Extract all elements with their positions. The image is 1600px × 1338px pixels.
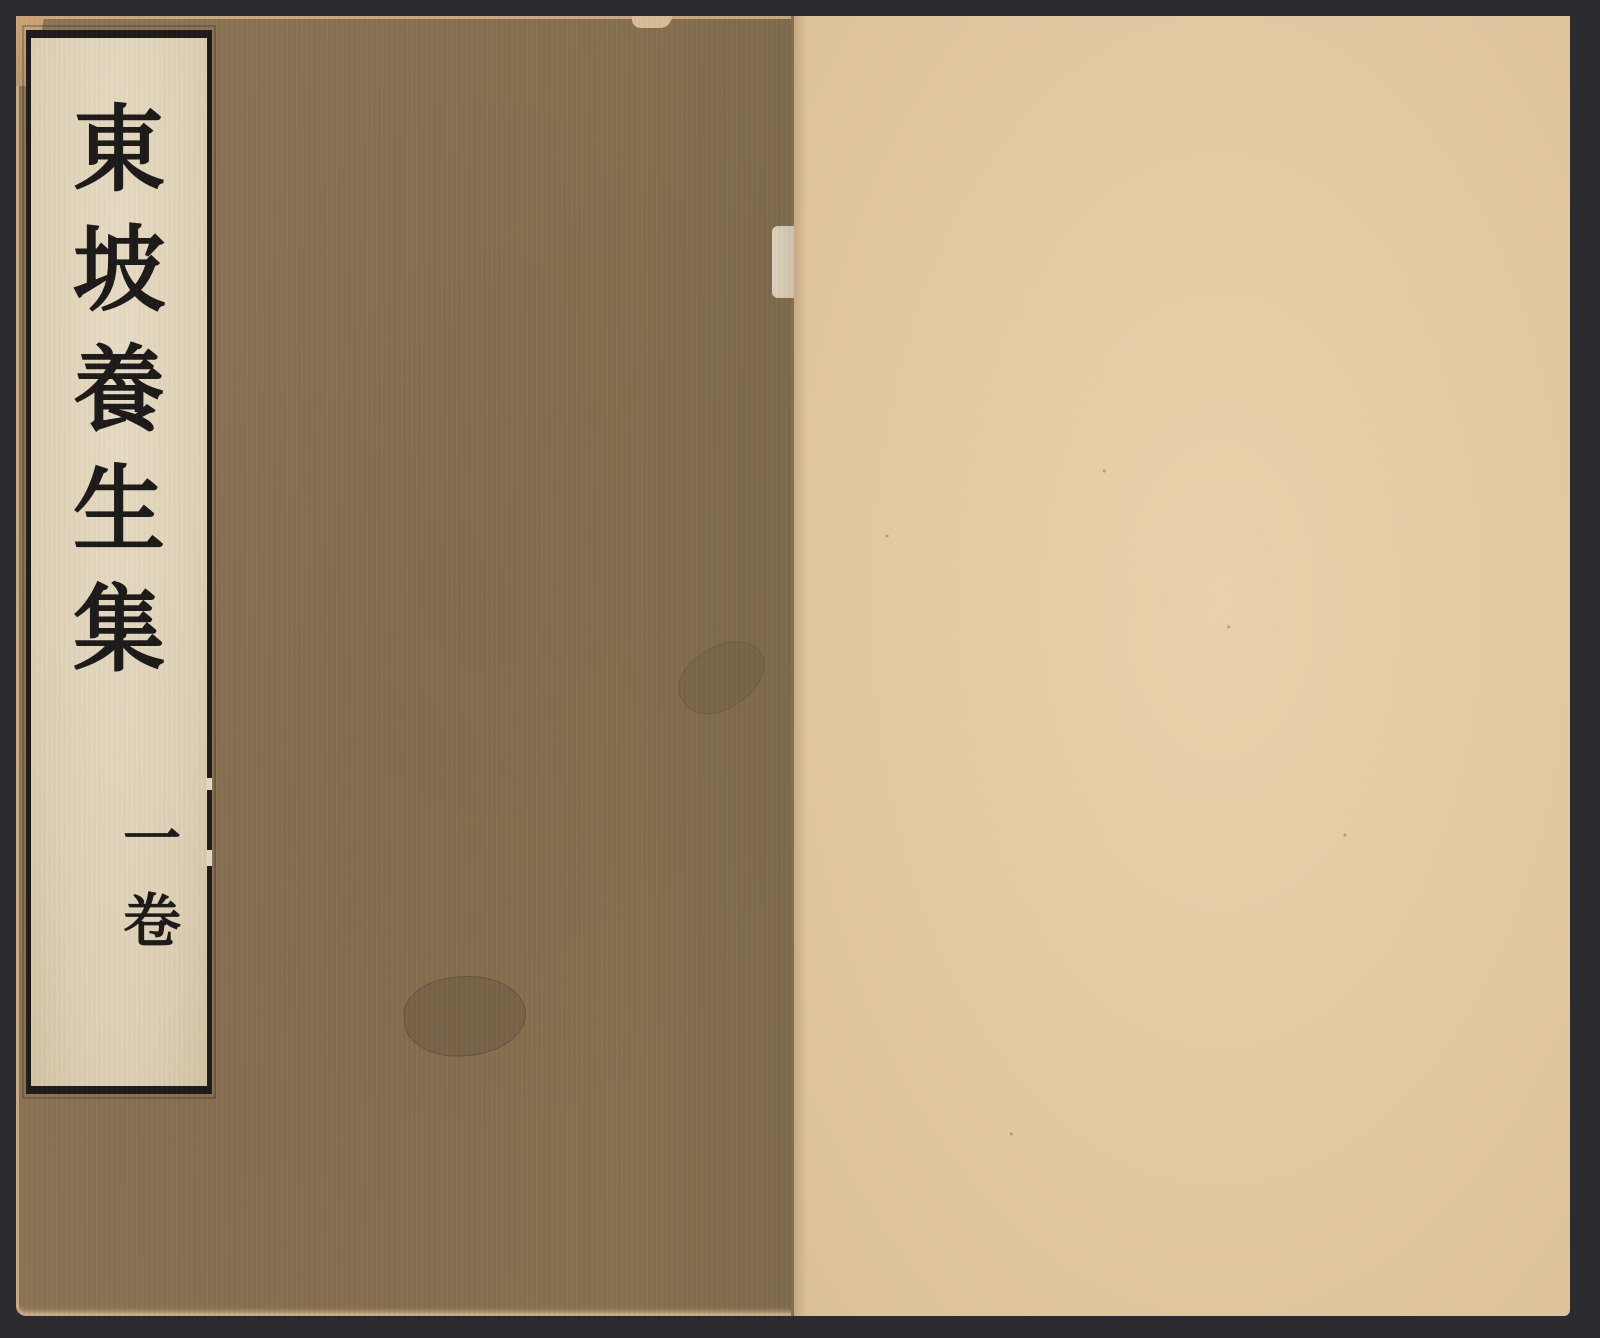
title-slip: 東 坡 養 生 集 一 卷 bbox=[26, 30, 212, 1094]
title-char: 生 bbox=[55, 458, 182, 562]
slip-border-gap bbox=[207, 778, 212, 790]
title-char: 集 bbox=[55, 578, 182, 682]
water-stain bbox=[400, 970, 530, 1062]
gutter-shadow bbox=[794, 16, 808, 1316]
blank-facing-page bbox=[794, 16, 1570, 1316]
book-title: 東 坡 養 生 集 bbox=[31, 98, 207, 682]
volume-char: 一 bbox=[123, 808, 181, 870]
slip-border-gap bbox=[207, 850, 212, 866]
volume-char: 卷 bbox=[123, 890, 181, 952]
title-char: 坡 bbox=[55, 218, 182, 322]
book-scan: 東 坡 養 生 集 一 卷 bbox=[0, 0, 1600, 1338]
book-cover: 東 坡 養 生 集 一 卷 bbox=[16, 16, 794, 1316]
water-stain bbox=[667, 625, 778, 729]
title-char: 養 bbox=[55, 338, 182, 442]
volume-label: 一 卷 bbox=[123, 808, 181, 952]
cover-top-tear bbox=[632, 16, 672, 28]
title-char: 東 bbox=[55, 98, 182, 202]
